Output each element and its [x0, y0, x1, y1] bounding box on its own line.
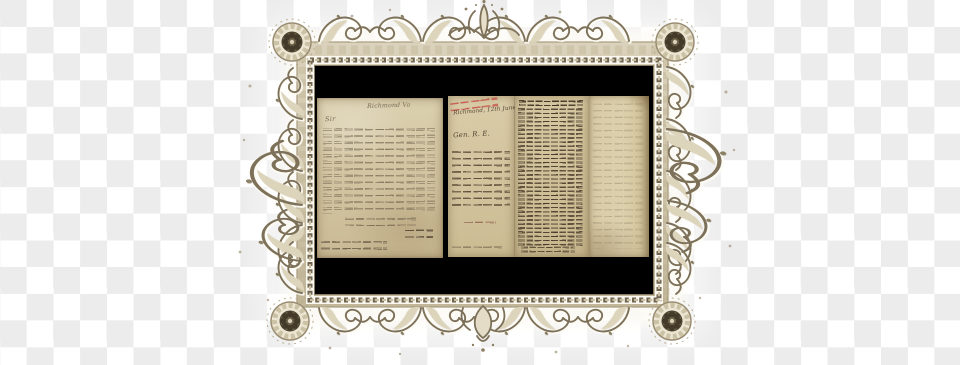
- ink-bleedthrough: [593, 102, 643, 249]
- letter-blank-panel: [589, 96, 649, 257]
- manuscript-left: Richmond Va Sir: [317, 98, 443, 258]
- framed-picture: Richmond Va Sir Richmond, 12th June Gen.…: [0, 0, 960, 365]
- handwriting-body-left: [323, 128, 437, 214]
- salutation-left: Sir: [325, 116, 336, 124]
- handwriting-footer-left: [321, 240, 387, 253]
- dateline-left: Richmond Va: [367, 101, 411, 109]
- handwriting-closing-left: [345, 217, 417, 226]
- letter-page-1: Richmond, 12th June Gen. R. E.: [448, 96, 515, 257]
- handwriting-lastline-page2: [521, 246, 575, 253]
- salutation-right: Gen. R. E.: [453, 130, 490, 139]
- signature-flourish: [464, 220, 496, 226]
- letter-page-2: [515, 96, 589, 257]
- handwriting-body-page1: [452, 150, 510, 210]
- manuscript-right: Richmond, 12th June Gen. R. E.: [448, 96, 649, 257]
- handwriting-body-page2: [518, 108, 584, 246]
- signature-left: [405, 228, 433, 239]
- handwriting-heading-page2: [519, 100, 583, 106]
- handwriting-bottomline-page1: [452, 245, 504, 251]
